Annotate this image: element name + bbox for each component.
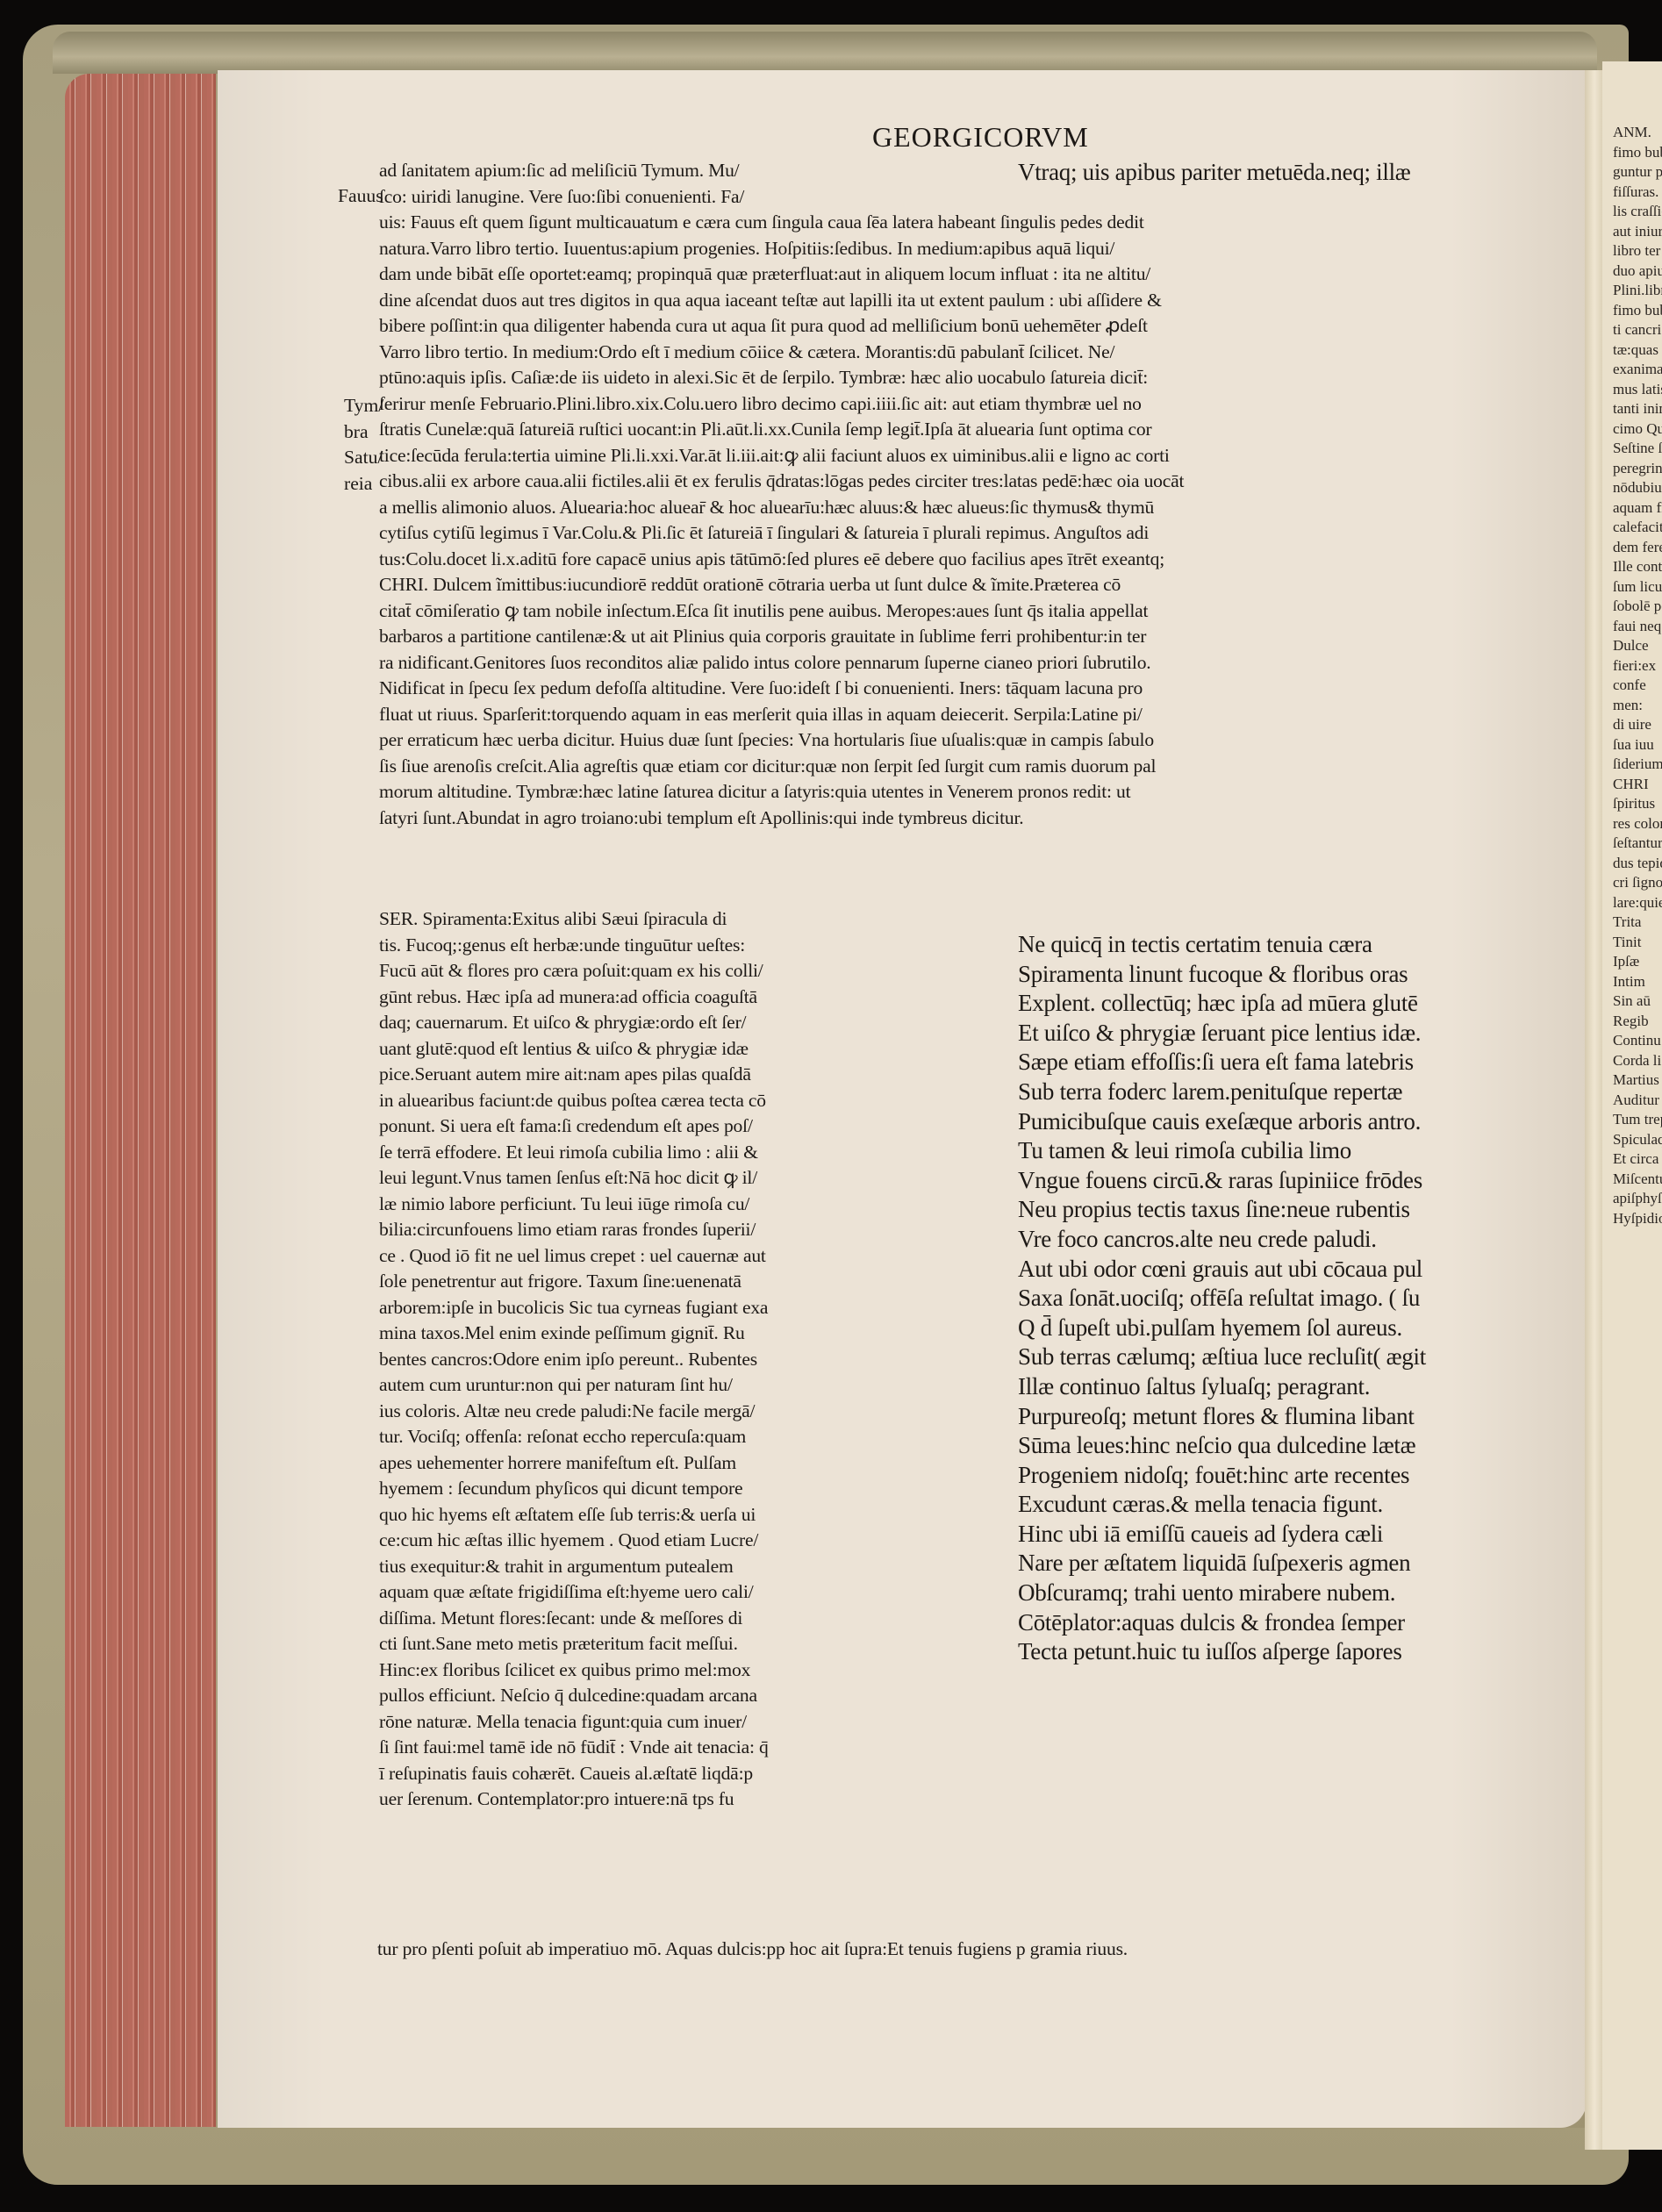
commentary-line: ſi ſint faui:mel tamē ide nō fūdit̄ : Vn… [379,1735,769,1761]
verse-line: Et uiſco & phrygiæ ſeruant pice lentius … [1018,1019,1426,1049]
commentary-line: CHRI. Dulcem ĩmittibus:iucundiorē reddūt… [379,572,1184,598]
next-page-text-fragment: confe [1602,676,1662,696]
verse-line: Tu tamen & leui rimoſa cubilia limo [1018,1136,1426,1166]
gutter [1585,70,1604,2150]
next-page-text-fragment: apiſphyſon [1602,1189,1662,1209]
commentary-line: ī reſupinatis fauis cohærēt. Caueis al.æ… [379,1761,769,1787]
verse-line: Cōtēplator:aquas dulcis & frondea ſemper [1018,1608,1426,1638]
binding-top-edge [53,32,1597,74]
commentary-line: gūnt rebus. Hæc ipſa ad munera:ad offici… [379,984,769,1011]
commentary-line: arborem:ipſe in bucolicis Sic tua cyrnea… [379,1295,769,1321]
commentary-line: bentes cancros:Odore enim ipſo pereunt..… [379,1347,769,1373]
commentary-line: apes uehementer horrere manifeſtum eſt. … [379,1450,769,1477]
next-page-text-fragment: tæ:quas g [1602,340,1662,361]
next-page-text-fragment: duo apiu [1602,261,1662,282]
next-page-text-fragment: Hyſpidio fune [1602,1209,1662,1229]
verse-column-right: Ne quicq̄ in tectis certatim tenuia cæra… [1018,930,1426,1667]
commentary-line: citat̄ cōmiſeratio ꝙ tam nobile inſectum… [379,598,1184,625]
red-fore-edge [65,74,216,2127]
commentary-line: ſole penetrentur aut frigore. Taxum ſine… [379,1269,769,1295]
next-page-text-fragment: fimo bub [1602,301,1662,321]
next-page-text-fragment: calefacit:nā [1602,518,1662,538]
commentary-line: cytiſus cytiſū legimus ī Var.Colu.& Pli.… [379,520,1184,547]
commentary-line: fluat ut riuus. Sparſerit:torquendo aqua… [379,702,1184,728]
verse-line: Vtraq; uis apibus pariter metuēda.neq; i… [1018,158,1411,188]
commentary-line: Varro libro tertio. In medium:Ordo eſt ī… [379,340,1184,366]
verse-line: Tecta petunt.huic tu iuſſos aſperge ſapo… [1018,1637,1426,1667]
commentary-line: tice:ſecūda ferula:tertia uimine Pli.li.… [379,443,1184,469]
verse-line: Purpureoſq; metunt flores & flumina liba… [1018,1402,1426,1432]
next-page-text-fragment: lare:quie [1602,893,1662,913]
next-page-text-fragment: tanti inimic [1602,399,1662,419]
next-page-text-fragment: CHRI [1602,775,1662,795]
commentary-line: tur pro pſenti poſuit ab imperatiuo mō. … [377,1936,1128,1963]
verse-line: Sub terra foderc larem.penituſque repert… [1018,1077,1426,1107]
commentary-line: autem cum uruntur:non qui per naturam ſi… [379,1372,769,1399]
commentary-line: rōne naturæ. Mella tenacia figunt:quia c… [379,1709,769,1736]
commentary-line: ius coloris. Altæ neu crede paludi:Ne fa… [379,1399,769,1425]
verse-line: Illæ continuo ſaltus ſyluaſq; peragrant. [1018,1372,1426,1402]
marginal-note-line: Tym/ [344,393,383,419]
next-page-text-fragment: fiſſuras. [1602,183,1662,203]
commentary-block-bottom: tur pro pſenti poſuit ab imperatiuo mō. … [377,1936,1128,1963]
next-page-text-fragment: ſpiritus [1602,794,1662,814]
commentary-line: ſtratis Cunelæ:quā ſatureiā ruſtici uoca… [379,417,1184,443]
next-page-text-fragment: guntur ph [1602,162,1662,183]
next-page-text-fragment: Miſcentur [1602,1170,1662,1190]
commentary-line: per erraticum hæc uerba dicitur. Huius d… [379,727,1184,754]
commentary-line: ptūno:aquis ipſis. Caſiæ:de iis uideto i… [379,365,1184,391]
commentary-line: pullos efficiunt. Neſcio q̄ dulcedine:qu… [379,1683,769,1709]
next-page-text-fragment: dus tepid [1602,854,1662,874]
next-page-text-fragment: peregrinat [1602,459,1662,479]
next-page-text-fragment: Sin aū [1602,991,1662,1012]
commentary-line: ponunt. Si uera eſt fama:ſi credendum eſ… [379,1113,769,1140]
next-page-text-fragment: cri ſigno [1602,873,1662,893]
commentary-line: natura.Varro libro tertio. Iuuentus:apiu… [379,236,1184,262]
verse-line-top: Vtraq; uis apibus pariter metuēda.neq; i… [1018,158,1411,188]
commentary-block-top: ad ſanitatem apium:ſic ad meliſiciū Tymu… [379,158,1184,831]
commentary-line: Hinc:ex floribus ſcilicet ex quibus prim… [379,1657,769,1684]
commentary-line: ſe terrā effodere. Et leui rimoſa cubili… [379,1140,769,1166]
next-page-text-fragment: ſiderium [1602,755,1662,775]
commentary-line: tus:Colu.docet li.x.aditū fore capacē un… [379,547,1184,573]
next-page-text-fragment: Tum trep [1602,1110,1662,1130]
next-page-text-fragment: faui neq; [1602,617,1662,637]
commentary-line: cti ſunt.Sane meto metis præteritum faci… [379,1631,769,1657]
verse-line: Sæpe etiam effoſſis:ſi uera eſt fama lat… [1018,1048,1426,1077]
verse-line: Obſcuramq; trahi uento mirabere nubem. [1018,1578,1426,1608]
verse-line: Spiramenta linunt fucoque & floribus ora… [1018,960,1426,990]
verse-line: Hinc ubi iā emiſſū caueis ad ſydera cæli [1018,1520,1426,1550]
verse-line: Nare per æſtatem liquidā ſuſpexeris agme… [1018,1549,1426,1578]
next-page-text-fragment: ANM. [1602,123,1662,143]
verse-line: Progeniem nidoſq; fouēt:hinc arte recent… [1018,1461,1426,1491]
next-page-text-fragment: Auditur f [1602,1091,1662,1111]
commentary-line: tius exequitur:& trahit in argumentum pu… [379,1554,769,1580]
next-page-text-fragment: Spiculaq [1602,1130,1662,1150]
next-page-text-fragment: Plini.libr [1602,281,1662,301]
verse-line: Neu propius tectis taxus ſine:neue ruben… [1018,1195,1426,1225]
commentary-line: uer ſerenum. Contemplator:pro intuere:nā… [379,1786,769,1813]
next-page-text-fragment: ſobolē po [1602,597,1662,617]
commentary-line: bilia:circunfouens limo etiam raras fron… [379,1217,769,1243]
next-page-text-fragment: fimo bubu [1602,143,1662,163]
next-page-text-fragment: Continu [1602,1031,1662,1051]
marginal-note-line: Fauus [338,183,383,210]
verse-line: Explent. collectūq; hæc ipſa ad mūera gl… [1018,989,1426,1019]
commentary-line: aquam quæ æſtate frigidiſſima eſt:hyeme … [379,1579,769,1606]
commentary-line: quo hic hyems eſt æſtatem eſſe ſub terri… [379,1502,769,1528]
commentary-column-left: SER. Spiramenta:Exitus alibi Sæui ſpirac… [379,906,769,1813]
commentary-line: in aluearibus faciunt:de quibus poſtea c… [379,1088,769,1114]
commentary-line: Nidificat in ſpecu ſex pedum defoſſa alt… [379,676,1184,702]
next-page-text-fragment: ſeſtantur [1602,834,1662,854]
verse-line: Saxa ſonāt.uociſq; offēſa reſultat imago… [1018,1284,1426,1314]
verse-line: Excudunt cæras.& mella tenacia figunt. [1018,1490,1426,1520]
next-page-text-fragment: di uire [1602,715,1662,735]
verse-line: Pumicibuſque cauis exeſæque arboris antr… [1018,1107,1426,1137]
next-page-text-fragment: res colora [1602,814,1662,834]
commentary-line: diſſima. Metunt flores:ſecant: unde & me… [379,1606,769,1632]
commentary-line: ce:cum hic æſtas illic hyemem . Quod eti… [379,1528,769,1554]
commentary-line: daq; cauernarum. Et uiſco & phrygiæ:ordo… [379,1010,769,1036]
commentary-line: bibere poſſint:in qua diligenter habenda… [379,313,1184,340]
next-page-text-fragment: ti cancri m [1602,320,1662,340]
marginal-note-line: Satu/ [344,445,383,471]
next-page-text-fragment: Ille contin [1602,557,1662,577]
commentary-line: barbaros a partitione cantilenæ:& ut ait… [379,624,1184,650]
verse-line: Ne quicq̄ in tectis certatim tenuia cæra [1018,930,1426,960]
verse-line: Aut ubi odor cœni grauis aut ubi cōcaua … [1018,1255,1426,1285]
next-page-text-fragment: exanima [1602,360,1662,380]
verse-line: Vngue fouens circū.& raras ſupiniice frō… [1018,1166,1426,1196]
next-page-text-fragment: mus latis [1602,380,1662,400]
next-page-text-fragment: fieri:ex [1602,656,1662,676]
next-page-sliver: ANM.fimo bubuguntur phfiſſuras.lis craſſ… [1602,61,1662,2150]
commentary-line: SER. Spiramenta:Exitus alibi Sæui ſpirac… [379,906,769,933]
next-page-text-fragment: Regib [1602,1012,1662,1032]
commentary-line: tur. Vociſq; offenſa: reſonat eccho repe… [379,1424,769,1450]
next-page-text-fragment: ſua iuu [1602,735,1662,755]
next-page-text-fragment: Corda li [1602,1051,1662,1071]
next-page-text-fragment: Trita [1602,913,1662,933]
commentary-line: mina taxos.Mel enim exinde peſſimum gign… [379,1321,769,1347]
next-page-text-fragment: Seſtine ſex [1602,439,1662,459]
next-page-text-fragment: aquam frig [1602,498,1662,519]
commentary-line: leui legunt.Vnus tamen ſenſus eſt:Nā hoc… [379,1165,769,1192]
marginal-note-tymbra-satureia: Tym/braSatu/reia [344,393,383,497]
commentary-line: hyemem : ſecundum phyſicos qui dicunt te… [379,1476,769,1502]
commentary-line: læ nimio labore perficiunt. Tu leui iūge… [379,1192,769,1218]
commentary-line: ſerirur menſe Februario.Plini.libro.xix.… [379,391,1184,418]
commentary-line: dine aſcendat duos aut tres digitos in q… [379,288,1184,314]
next-page-text-fragment: libro ter [1602,241,1662,261]
marginal-note-fauus: Fauus [338,183,383,210]
running-head: GEORGICORVM [872,121,1089,154]
commentary-line: pice.Seruant autem mire ait:nam apes pil… [379,1062,769,1088]
commentary-line: ſis ſiue arenoſis creſcit.Alia agreſtis … [379,754,1184,780]
commentary-line: uis: Fauus eſt quem ſigunt multicauatum … [379,210,1184,236]
verse-line: Vre foco cancros.alte neu crede paludi. [1018,1225,1426,1255]
commentary-line: ce . Quod iō fit ne uel limus crepet : u… [379,1243,769,1270]
commentary-line: dam unde bibāt eſſe oportet:eamq; propin… [379,261,1184,288]
commentary-line: ra nidificant.Genitores ſuos reconditos … [379,650,1184,676]
next-page-text-fragment: Ipſæ [1602,952,1662,972]
commentary-line: cibus.alii ex arbore caua.alii fictiles.… [379,469,1184,495]
next-page-text-fragment: Martius [1602,1070,1662,1091]
next-page-text-fragment: nōdubium [1602,478,1662,498]
next-page-text-fragment: lis craſſio [1602,202,1662,222]
commentary-line: Fucū aūt & flores pro cæra poſuit:quam e… [379,958,769,984]
marginal-note-line: reia [344,471,383,498]
verse-line: Q d̄ ſupeſt ubi.pulſam hyemem ſol aureus… [1018,1314,1426,1343]
marginal-note-line: bra [344,419,383,446]
next-page-text-fragment: Dulce [1602,636,1662,656]
verse-line: Sūma leues:hinc neſcio qua dulcedine læt… [1018,1431,1426,1461]
next-page-text-fragment: cimo Quo [1602,419,1662,440]
commentary-line: morum altitudine. Tymbræ:hæc latine ſatu… [379,779,1184,805]
commentary-line: a mellis alimonio aluos. Aluearia:hoc al… [379,495,1184,521]
next-page-text-fragment: Intim [1602,972,1662,992]
next-page-text-fragment: men: [1602,696,1662,716]
next-page-text-fragment: Et circa re [1602,1149,1662,1170]
commentary-line: ſatyri ſunt.Abundat in agro troiano:ubi … [379,805,1184,832]
commentary-line: uant glutē:quod eſt lentius & uiſco & ph… [379,1036,769,1063]
next-page-text-fragment: dem fere L [1602,538,1662,558]
next-page-text-fragment: Tinit [1602,933,1662,953]
next-page-text-fragment: aut iniuri [1602,222,1662,242]
verse-line: Sub terras cælumq; æſtiua luce recluſit(… [1018,1342,1426,1372]
commentary-line: ſco: uiridi lanugine. Vere ſuo:ſibi conu… [379,184,1184,211]
commentary-line: tis. Fucoq;:genus eſt herbæ:unde tinguūt… [379,933,769,959]
next-page-text-fragment: ſum licuit [1602,577,1662,598]
